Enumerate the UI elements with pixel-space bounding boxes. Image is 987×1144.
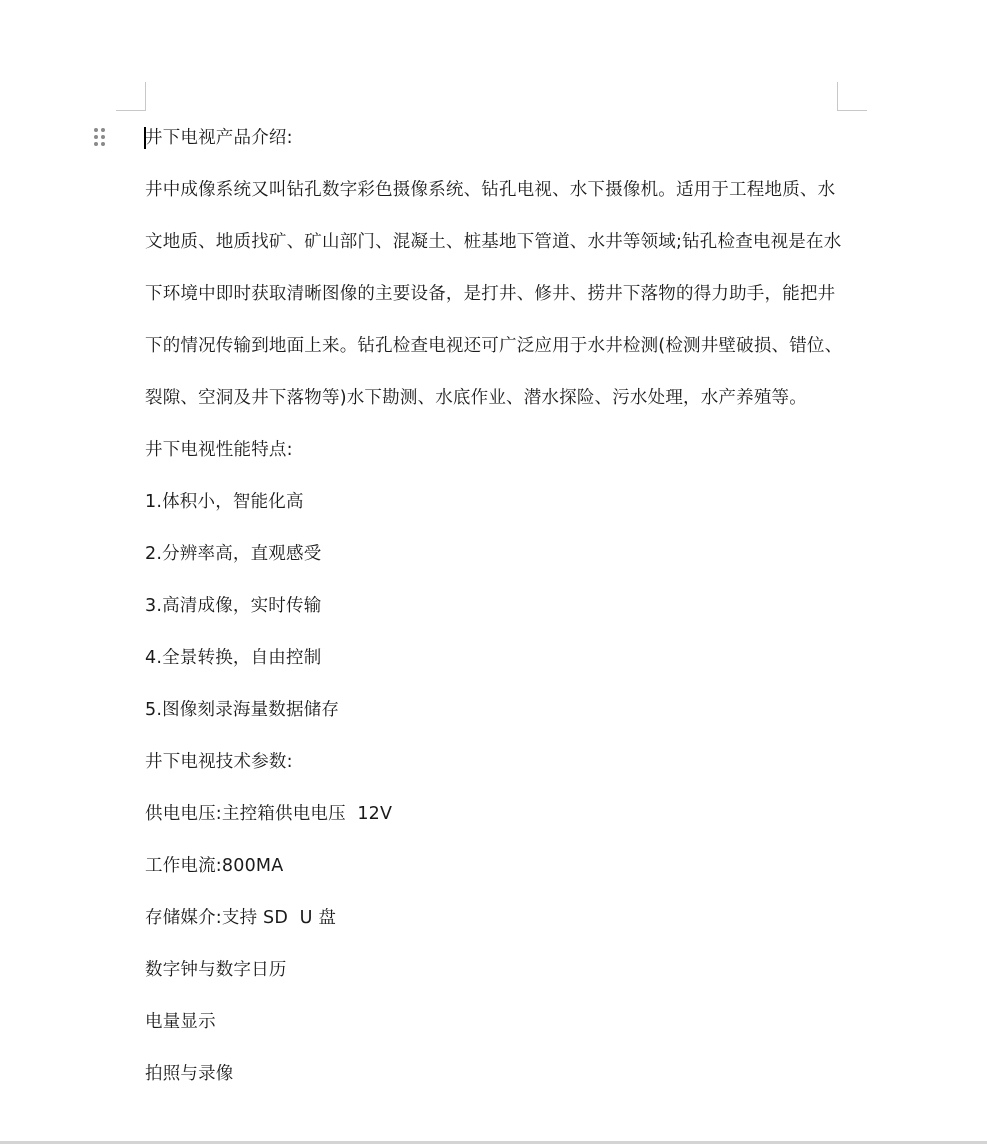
paragraph-heading-features[interactable]: 井下电视性能特点: bbox=[145, 424, 845, 476]
drag-handle-icon[interactable] bbox=[94, 128, 106, 146]
paragraph-spec-clock[interactable]: 数字钟与数字日历 bbox=[145, 944, 845, 996]
paragraph-feature-2[interactable]: 2.分辨率高，直观感受 bbox=[145, 528, 845, 580]
page-margin-corner-top-left bbox=[116, 82, 146, 111]
page-margin-corner-top-right bbox=[837, 82, 867, 111]
paragraph-spec-capture[interactable]: 拍照与录像 bbox=[145, 1048, 845, 1100]
paragraph-feature-4[interactable]: 4.全景转换，自由控制 bbox=[145, 632, 845, 684]
paragraph-spec-current[interactable]: 工作电流:800MA bbox=[145, 840, 845, 892]
document-body[interactable]: 井下电视产品介绍: 井中成像系统又叫钻孔数字彩色摄像系统、钻孔电视、水下摄像机。… bbox=[145, 112, 845, 1100]
paragraph-feature-1[interactable]: 1.体积小，智能化高 bbox=[145, 476, 845, 528]
document-page: 井下电视产品介绍: 井中成像系统又叫钻孔数字彩色摄像系统、钻孔电视、水下摄像机。… bbox=[0, 0, 987, 1141]
paragraph-spec-battery[interactable]: 电量显示 bbox=[145, 996, 845, 1048]
text-cursor bbox=[144, 127, 146, 149]
paragraph-text: 井下电视产品介绍: bbox=[145, 128, 293, 148]
paragraph-heading-intro[interactable]: 井下电视产品介绍: bbox=[145, 112, 845, 164]
paragraph-feature-3[interactable]: 3.高清成像，实时传输 bbox=[145, 580, 845, 632]
paragraph-intro-body[interactable]: 井中成像系统又叫钻孔数字彩色摄像系统、钻孔电视、水下摄像机。适用于工程地质、水文… bbox=[145, 164, 845, 424]
paragraph-spec-storage[interactable]: 存储媒介:支持 SD U 盘 bbox=[145, 892, 845, 944]
paragraph-spec-voltage[interactable]: 供电电压:主控箱供电电压 12V bbox=[145, 788, 845, 840]
paragraph-feature-5[interactable]: 5.图像刻录海量数据储存 bbox=[145, 684, 845, 736]
paragraph-heading-specs[interactable]: 井下电视技术参数: bbox=[145, 736, 845, 788]
